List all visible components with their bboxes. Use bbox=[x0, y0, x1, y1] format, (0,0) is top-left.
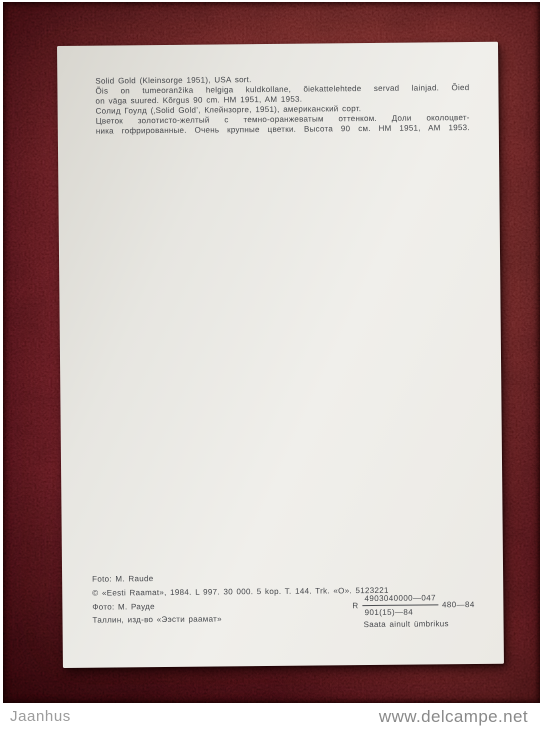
watermark-bar: Jaanhus www.delcampe.net bbox=[0, 703, 545, 730]
seller-watermark: Jaanhus bbox=[10, 708, 71, 725]
catalog-numerator: 4903040000—047 bbox=[362, 593, 438, 606]
delcampe-watermark: www.delcampe.net bbox=[379, 707, 528, 727]
leather-backdrop-photo: Solid Gold (Kleinsorge 1951), USA sort. … bbox=[3, 2, 540, 703]
envelope-only-note: Saata ainult ümbrikus bbox=[364, 619, 475, 629]
catalog-denominator: 901(15)—84 bbox=[363, 605, 439, 617]
catalog-suffix: 480—84 bbox=[442, 600, 475, 609]
postcard-back: Solid Gold (Kleinsorge 1951), USA sort. … bbox=[57, 42, 504, 668]
catalog-number-block: R 4903040000—047 901(15)—84 480—84 Saata… bbox=[352, 593, 475, 629]
catalog-index-letter: R bbox=[352, 601, 358, 610]
catalog-fraction: 4903040000—047 901(15)—84 bbox=[362, 593, 438, 617]
catalog-number-row: R 4903040000—047 901(15)—84 480—84 bbox=[352, 593, 475, 617]
variety-description-block: Solid Gold (Kleinsorge 1951), USA sort. … bbox=[95, 73, 470, 137]
